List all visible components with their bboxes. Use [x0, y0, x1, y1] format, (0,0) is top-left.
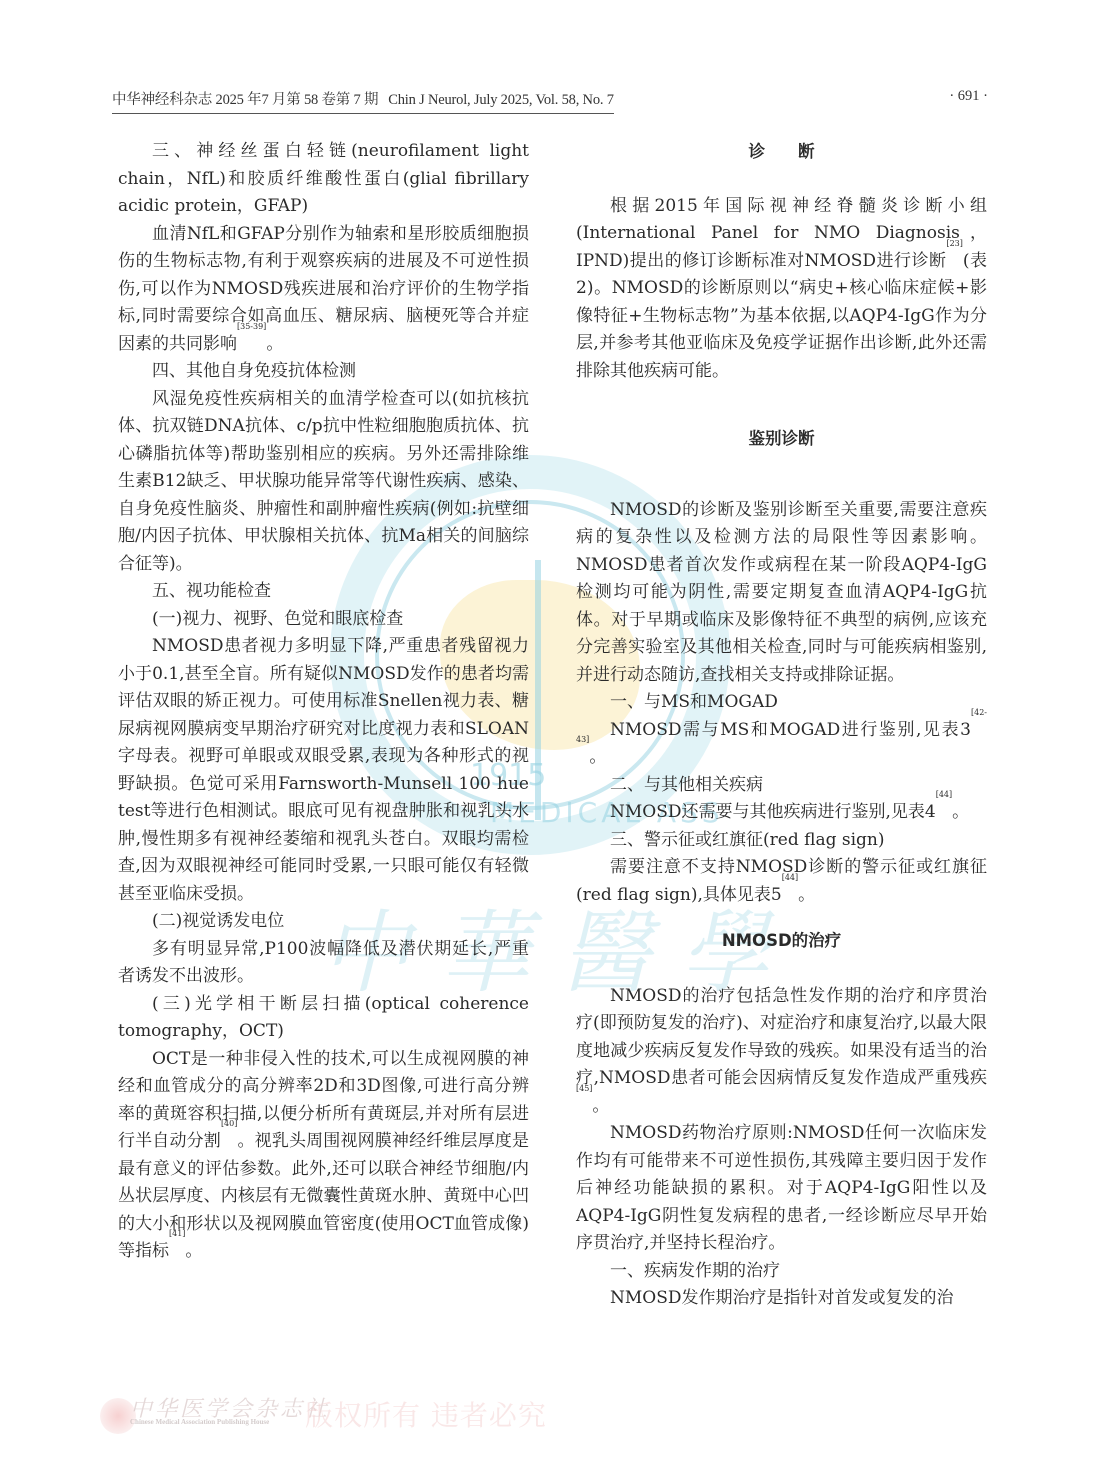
- paragraph-autoantibody: 风湿免疫性疾病相关的血清学检查可以(如抗核抗体、抗双链DNA抗体、c/p抗中性粒…: [118, 386, 529, 579]
- paragraph-text: 血清NfL和GFAP分别作为轴索和星形胶质细胞损伤的生物标志物,有利于观察疾病的…: [118, 224, 529, 354]
- journal-cn: 中华神经科杂志 2025 年7 月第 58 卷第 7 期: [112, 92, 378, 108]
- paragraph-diagnosis: 根据2015年国际视神经脊髓炎诊断小组(International Panel …: [576, 193, 987, 386]
- section-heading-nfl-gfap: 三、神经丝蛋白轻链(neurofilament light chain，NfL)…: [118, 138, 529, 221]
- paragraph-differential: NMOSD的诊断及鉴别诊断至关重要,需要注意疾病的复杂性以及检测方法的局限性等因…: [576, 497, 987, 690]
- paragraph-text: NMOSD的治疗包括急性发作期的治疗和序贯治疗(即预防复发的治疗)、对症治疗和康…: [576, 986, 987, 1089]
- left-column: 三、神经丝蛋白轻链(neurofilament light chain，NfL)…: [118, 138, 529, 1266]
- paragraph-treatment-overview: NMOSD的治疗包括急性发作期的治疗和序贯治疗(即预防复发的治疗)、对症治疗和康…: [576, 983, 987, 1121]
- journal-citation: 中华神经科杂志 2025 年7 月第 58 卷第 7 期Chin J Neuro…: [112, 88, 614, 114]
- publisher-name-en: Chinese Medical Association Publishing H…: [130, 1418, 269, 1426]
- citation[interactable]: [40]: [221, 1119, 237, 1128]
- paragraph-other-diseases: NMOSD还需要与其他疾病进行鉴别,见表4[44]。: [576, 799, 987, 827]
- citation[interactable]: [44]: [936, 790, 952, 799]
- paragraph-text: 根据2015年国际视神经脊髓炎诊断小组(International Panel …: [576, 196, 987, 271]
- citation[interactable]: [41]: [169, 1229, 185, 1238]
- punctuation: 。: [798, 885, 815, 905]
- subsection-heading-acuity: (一)视力、视野、色觉和眼底检查: [118, 606, 529, 634]
- paragraph-acuity: NMOSD患者视力多明显下降,严重患者残留视力小于0.1,甚至全盲。所有疑似NM…: [118, 633, 529, 908]
- subsection-heading-other-diseases: 二、与其他相关疾病: [576, 772, 987, 800]
- citation[interactable]: [44]: [782, 873, 798, 882]
- section-title-treatment: NMOSD的治疗: [576, 927, 987, 955]
- paragraph-text: NMOSD需与MS和MOGAD进行鉴别,见表3: [610, 720, 971, 740]
- publisher-footer: 中华医学会杂志社 Chinese Medical Association Pub…: [100, 1398, 520, 1438]
- subsection-heading-acute-treatment: 一、疾病发作期的治疗: [576, 1258, 987, 1286]
- section-heading-autoantibody: 四、其他自身免疫抗体检测: [118, 358, 529, 386]
- subsection-heading-red-flag: 三、警示征或红旗征(red flag sign): [576, 827, 987, 855]
- section-title-differential: 鉴别诊断: [576, 425, 987, 453]
- paragraph-treatment-principle: NMOSD药物治疗原则:NMOSD任何一次临床发作均有可能带来不可逆性损伤,其残…: [576, 1120, 987, 1258]
- paragraph-red-flag: 需要注意不支持NMOSD诊断的警示征或红旗征(red flag sign),具体…: [576, 854, 987, 909]
- citation[interactable]: [23]: [946, 239, 962, 248]
- page-number: · 691 ·: [949, 88, 988, 105]
- section-title-diagnosis: 诊 断: [576, 138, 987, 166]
- citation[interactable]: [35-39]: [237, 322, 266, 331]
- paragraph-vep: 多有明显异常,P100波幅降低及潜伏期延长,严重者诱发不出波形。: [118, 936, 529, 991]
- punctuation: 。: [185, 1241, 202, 1261]
- watermark-caduceus-icon: [535, 560, 541, 820]
- punctuation: 。: [266, 334, 283, 354]
- section-heading-visual-function: 五、视功能检查: [118, 578, 529, 606]
- paragraph-oct: OCT是一种非侵入性的技术,可以生成视网膜的神经和血管成分的高分辨率2D和3D图…: [118, 1046, 529, 1266]
- punctuation: 。: [589, 747, 606, 767]
- punctuation: 。: [592, 1096, 609, 1116]
- journal-en: Chin J Neurol, July 2025, Vol. 58, No. 7: [388, 92, 614, 108]
- paragraph-acute-treatment: NMOSD发作期治疗是指针对首发或复发的治: [576, 1285, 987, 1313]
- subsection-heading-oct: (三)光学相干断层扫描(optical coherence tomography…: [118, 991, 529, 1046]
- paragraph-ms-mogad: NMOSD需与MS和MOGAD进行鉴别,见表3[42-43]。: [576, 717, 987, 772]
- subsection-heading-ms-mogad: 一、与MS和MOGAD: [576, 689, 987, 717]
- paragraph-nfl-gfap: 血清NfL和GFAP分别作为轴索和星形胶质细胞损伤的生物标志物,有利于观察疾病的…: [118, 221, 529, 359]
- copyright-notice: 版权所有 违者必究: [305, 1394, 547, 1434]
- right-column: 诊 断 根据2015年国际视神经脊髓炎诊断小组(International Pa…: [576, 138, 987, 1313]
- citation[interactable]: [45]: [576, 1084, 592, 1093]
- subsection-heading-vep: (二)视觉诱发电位: [118, 908, 529, 936]
- paragraph-text: NMOSD还需要与其他疾病进行鉴别,见表4: [610, 802, 936, 822]
- running-header: 中华神经科杂志 2025 年7 月第 58 卷第 7 期Chin J Neuro…: [112, 88, 988, 114]
- punctuation: 。: [952, 802, 969, 822]
